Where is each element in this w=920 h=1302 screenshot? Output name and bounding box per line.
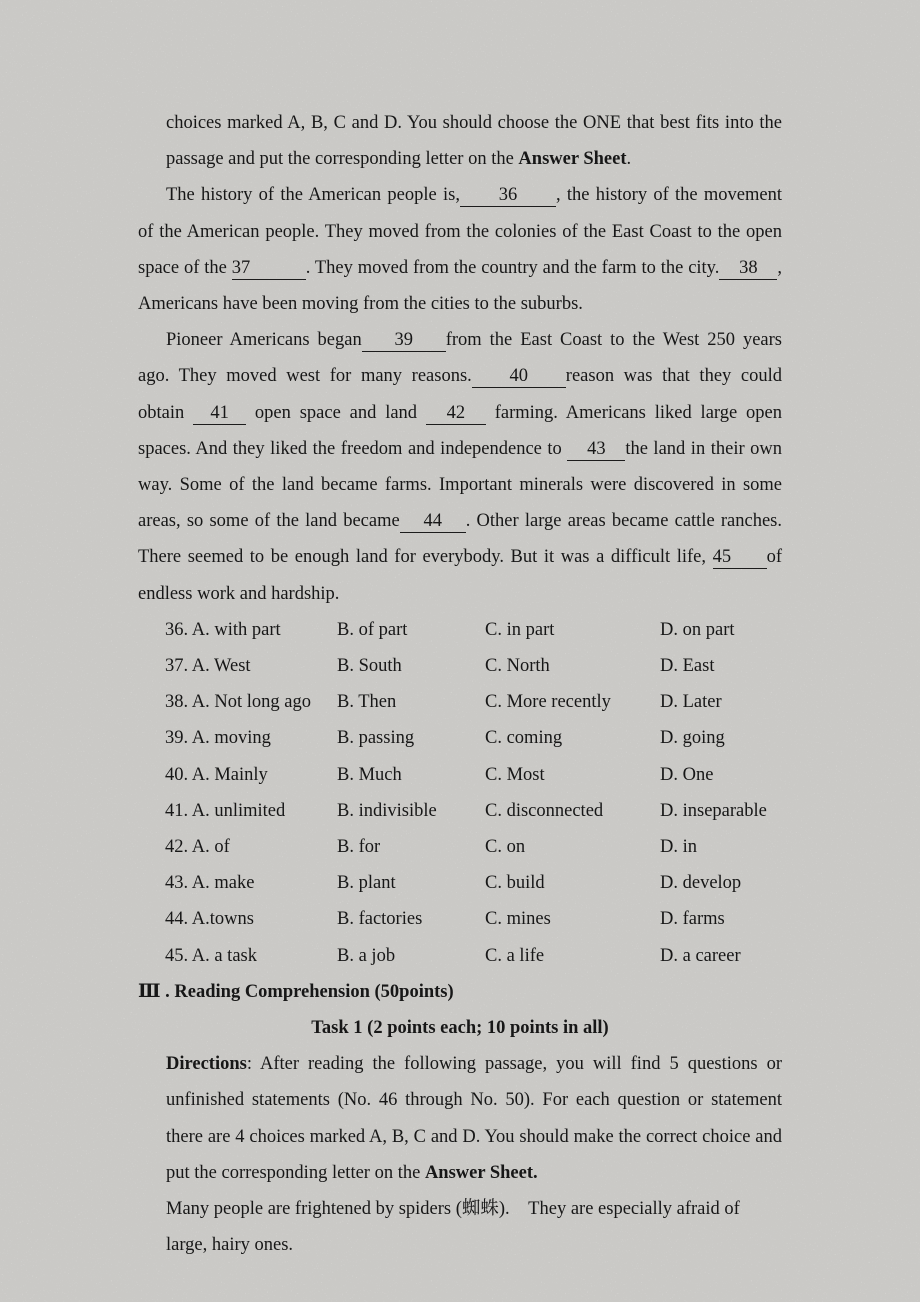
reading-passage-first-line: Many people are frightened by spiders (蜘… — [166, 1191, 782, 1263]
question-row-45: 45. A. a task B. a job C. a life D. a ca… — [165, 938, 782, 974]
option-b: B. Much — [337, 757, 485, 793]
blank-41: 41 — [193, 402, 246, 425]
option-a: A. moving — [192, 728, 271, 748]
option-c: C. coming — [485, 720, 660, 756]
option-d: D. on part — [660, 612, 782, 648]
option-b: B. a job — [337, 938, 485, 974]
blank-37: 37 — [232, 257, 306, 280]
blank-43: 43 — [567, 438, 625, 461]
blank-40: 40 — [472, 365, 566, 388]
document-page: choices marked A, B, C and D. You should… — [0, 0, 920, 1263]
option-c: C. More recently — [485, 684, 660, 720]
option-c: C. in part — [485, 612, 660, 648]
option-d: D. farms — [660, 901, 782, 937]
option-d: D. One — [660, 757, 782, 793]
option-b: B. Then — [337, 684, 485, 720]
answer-sheet-bold: Answer Sheet. — [425, 1163, 538, 1183]
question-row-40: 40. A. Mainly B. Much C. Most D. One — [165, 757, 782, 793]
question-number: 43. — [165, 873, 188, 893]
question-row-42: 42. A. of B. for C. on D. in — [165, 829, 782, 865]
question-row-43: 43. A. make B. plant C. build D. develop — [165, 865, 782, 901]
option-a: A. Mainly — [192, 765, 268, 785]
option-c: C. disconnected — [485, 793, 660, 829]
option-b: B. passing — [337, 720, 485, 756]
question-number: 37. — [165, 656, 188, 676]
option-a: A. make — [192, 873, 255, 893]
option-a: A. West — [192, 656, 251, 676]
question-number: 44. — [165, 909, 188, 929]
section-heading: Ⅲ . Reading Comprehension (50points) — [138, 974, 782, 1010]
option-a: A. Not long ago — [192, 692, 311, 712]
option-a-cell: 38. A. Not long ago — [165, 684, 337, 720]
option-d: D. East — [660, 648, 782, 684]
blank-45: 45 — [713, 546, 767, 569]
blank-44: 44 — [400, 510, 466, 533]
option-c: C. mines — [485, 901, 660, 937]
option-d: D. Later — [660, 684, 782, 720]
option-a: A. of — [192, 837, 230, 857]
question-row-37: 37. A. West B. South C. North D. East — [165, 648, 782, 684]
cloze-text: The history of the American people is, — [166, 185, 460, 205]
intro-text: choices marked A, B, C and D. You should… — [166, 113, 782, 169]
option-a: A. with part — [192, 620, 281, 640]
option-a-cell: 36. A. with part — [165, 612, 337, 648]
option-a-cell: 43. A. make — [165, 865, 337, 901]
option-a: A. a task — [192, 946, 257, 966]
question-number: 41. — [165, 801, 188, 821]
option-c: C. a life — [485, 938, 660, 974]
intro-paragraph: choices marked A, B, C and D. You should… — [166, 105, 782, 177]
directions-paragraph: Directions: After reading the following … — [166, 1046, 782, 1191]
option-c: C. Most — [485, 757, 660, 793]
option-b: B. plant — [337, 865, 485, 901]
cloze-paragraph-2: Pioneer Americans began39from the East C… — [138, 322, 782, 612]
question-row-44: 44. A.towns B. factories C. mines D. far… — [165, 901, 782, 937]
option-a-cell: 44. A.towns — [165, 901, 337, 937]
answer-sheet-bold: Answer Sheet — [518, 149, 626, 169]
blank-42: 42 — [426, 402, 486, 425]
option-b: B. indivisible — [337, 793, 485, 829]
option-d: D. develop — [660, 865, 782, 901]
question-number: 45. — [165, 946, 188, 966]
question-row-36: 36. A. with part B. of part C. in part D… — [165, 612, 782, 648]
question-row-41: 41. A. unlimited B. indivisible C. disco… — [165, 793, 782, 829]
option-c: C. North — [485, 648, 660, 684]
option-c: C. on — [485, 829, 660, 865]
option-a-cell: 37. A. West — [165, 648, 337, 684]
task1-heading: Task 1 (2 points each; 10 points in all) — [138, 1010, 782, 1046]
cloze-text: open space and land — [246, 403, 426, 423]
question-number: 40. — [165, 765, 188, 785]
option-a-cell: 41. A. unlimited — [165, 793, 337, 829]
intro-text-end: . — [627, 149, 632, 169]
cloze-options-list: 36. A. with part B. of part C. in part D… — [165, 612, 782, 974]
question-number: 38. — [165, 692, 188, 712]
question-number: 39. — [165, 728, 188, 748]
option-b: B. factories — [337, 901, 485, 937]
option-d: D. in — [660, 829, 782, 865]
question-row-39: 39. A. moving B. passing C. coming D. go… — [165, 720, 782, 756]
option-b: B. for — [337, 829, 485, 865]
blank-38: 38 — [719, 257, 777, 280]
directions-label: Directions — [166, 1054, 247, 1074]
option-a-cell: 45. A. a task — [165, 938, 337, 974]
option-a-cell: 42. A. of — [165, 829, 337, 865]
option-a: A.towns — [192, 909, 254, 929]
question-number: 36. — [165, 620, 188, 640]
option-b: B. South — [337, 648, 485, 684]
question-row-38: 38. A. Not long ago B. Then C. More rece… — [165, 684, 782, 720]
cloze-text: Pioneer Americans began — [166, 330, 362, 350]
option-c: C. build — [485, 865, 660, 901]
cloze-text: . They moved from the country and the fa… — [306, 258, 720, 278]
blank-36: 36 — [460, 184, 556, 207]
option-b: B. of part — [337, 612, 485, 648]
option-d: D. going — [660, 720, 782, 756]
option-a-cell: 39. A. moving — [165, 720, 337, 756]
option-a: A. unlimited — [192, 801, 286, 821]
question-number: 42. — [165, 837, 188, 857]
blank-39: 39 — [362, 329, 446, 352]
option-d: D. a career — [660, 938, 782, 974]
cloze-paragraph-1: The history of the American people is,36… — [138, 177, 782, 322]
option-d: D. inseparable — [660, 793, 782, 829]
option-a-cell: 40. A. Mainly — [165, 757, 337, 793]
